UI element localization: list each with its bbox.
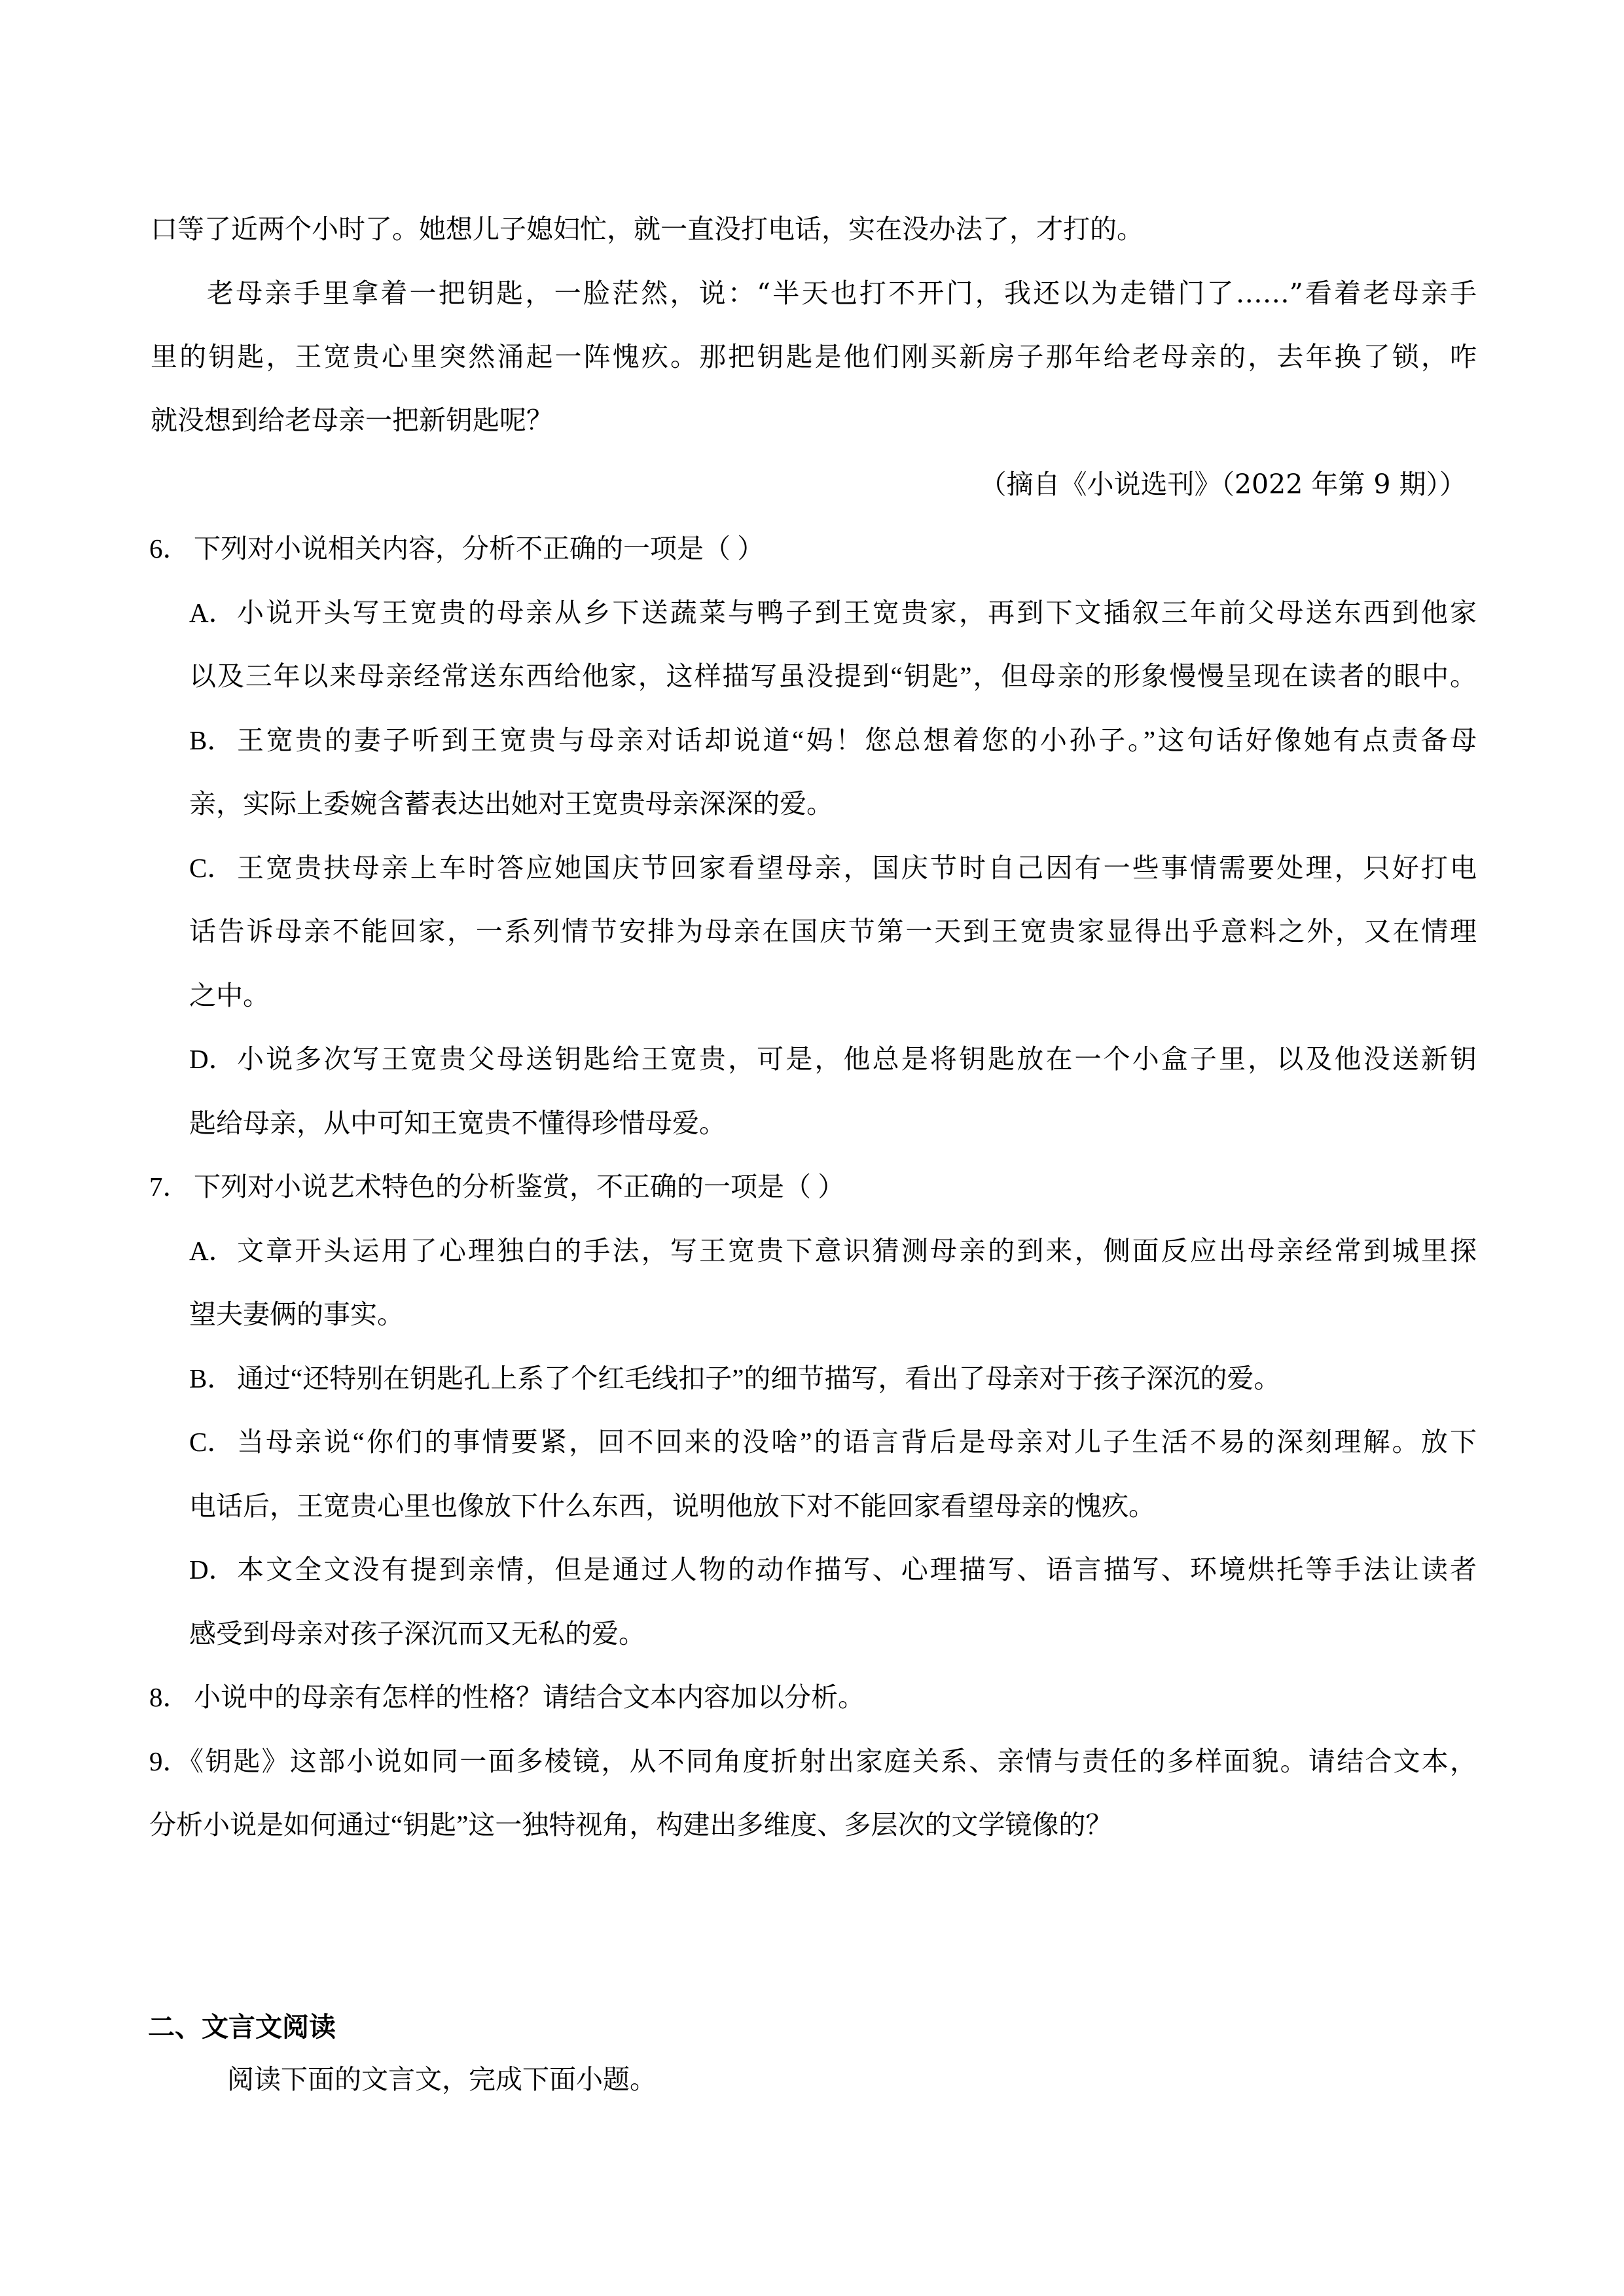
q6-option-b-label[interactable]: B． (189, 721, 234, 760)
q7-option-a-text-cont: 望夫妻俩的事实。 (189, 1295, 404, 1334)
section-heading: 二、文言文阅读 (148, 2007, 336, 2047)
question-7-number: 7． (149, 1167, 190, 1206)
q6-option-b-text-cont: 亲，实际上委婉含蓄表达出她对王宽贵母亲深深的爱。 (189, 784, 833, 823)
q7-option-a-text: 文章开头运用了心理独白的手法，写王宽贵下意识猜测母亲的到来，侧面反应出母亲经常到… (237, 1231, 1477, 1270)
question-7-stem: 下列对小说艺术特色的分析鉴赏，不正确的一项是（ ） (194, 1167, 844, 1206)
q6-option-d-text-cont: 匙给母亲，从中可知王宽贵不懂得珍惜母爱。 (189, 1103, 726, 1143)
q6-option-c-text-cont: 话告诉母亲不能回家，一系列情节安排为母亲在国庆节第一天到王宽贵家显得出乎意料之外… (189, 912, 1477, 951)
q6-option-a-text: 小说开头写王宽贵的母亲从乡下送蔬菜与鸭子到王宽贵家，再到下文插叙三年前父母送东西… (237, 593, 1477, 632)
q6-option-c-text: 王宽贵扶母亲上车时答应她国庆节回家看望母亲，国庆节时自己因有一些事情需要处理，只… (237, 848, 1477, 888)
passage-line: 口等了近两个小时了。她想儿子媳妇忙，就一直没打电话，实在没办法了，才打的。 (151, 209, 1144, 249)
passage-line: 就没想到给老母亲一把新钥匙呢？ (151, 401, 553, 440)
section-instruction: 阅读下面的文言文，完成下面小题。 (227, 2060, 657, 2099)
q7-option-c-text-cont: 电话后，王宽贵心里也像放下什么东西，说明他放下对不能回家看望母亲的愧疚。 (189, 1486, 1155, 1526)
question-6-stem: 下列对小说相关内容，分析不正确的一项是（ ） (194, 529, 764, 568)
q7-option-d-text-cont: 感受到母亲对孩子深沉而又无私的爱。 (189, 1614, 645, 1653)
question-8-number: 8． (149, 1677, 190, 1717)
question-8-stem: 小说中的母亲有怎样的性格？请结合文本内容加以分析。 (194, 1677, 865, 1717)
q6-option-d-text: 小说多次写王宽贵父母送钥匙给王宽贵，可是，他总是将钥匙放在一个小盒子里，以及他没… (237, 1039, 1477, 1079)
q6-option-c-label[interactable]: C． (189, 848, 234, 888)
q7-option-c-label[interactable]: C． (189, 1422, 234, 1462)
q7-option-c-text: 当母亲说“你们的事情要紧，回不回来的没啥”的语言背后是母亲对儿子生活不易的深刻理… (237, 1422, 1477, 1462)
source-citation: （摘自《小说选刊》（2022 年第 9 期）） (851, 465, 1466, 504)
q7-option-a-label[interactable]: A． (189, 1231, 236, 1270)
q6-option-d-label[interactable]: D． (189, 1039, 236, 1079)
q7-option-d-text: 本文全文没有提到亲情，但是通过人物的动作描写、心理描写、语言描写、环境烘托等手法… (237, 1550, 1477, 1589)
q6-option-a-label[interactable]: A． (189, 593, 236, 632)
passage-line: 里的钥匙，王宽贵心里突然涌起一阵愧疚。那把钥匙是他们刚买新房子那年给老母亲的，去… (151, 337, 1477, 376)
q7-option-d-label[interactable]: D． (189, 1550, 236, 1589)
document-page: 口等了近两个小时了。她想儿子媳妇忙，就一直没打电话，实在没办法了，才打的。 老母… (0, 0, 1624, 2296)
q7-option-b-label[interactable]: B． (189, 1359, 234, 1398)
q6-option-b-text: 王宽贵的妻子听到王宽贵与母亲对话却说道“妈！您总想着您的小孙子。”这句话好像她有… (237, 721, 1477, 760)
q7-option-b-text: 通过“还特别在钥匙孔上系了个红毛线扣子”的细节描写，看出了母亲对于孩子深沉的爱。 (237, 1359, 1280, 1398)
q6-option-c-text-cont: 之中。 (189, 976, 270, 1015)
question-6-number: 6． (149, 529, 190, 568)
q6-option-a-text-cont: 以及三年以来母亲经常送东西给他家，这样描写虽没提到“钥匙”，但母亲的形象慢慢呈现… (189, 656, 1477, 696)
passage-paragraph-first-line: 老母亲手里拿着一把钥匙，一脸茫然，说：“半天也打不开门，我还以为走错门了……”看… (207, 274, 1477, 313)
question-9-stem-cont: 分析小说是如何通过“钥匙”这一独特视角，构建出多维度、多层次的文学镜像的？ (149, 1805, 1112, 1844)
question-9-stem: 《钥匙》这部小说如同一面多棱镜，从不同角度折射出家庭关系、亲情与责任的多样面貌。… (177, 1742, 1477, 1781)
